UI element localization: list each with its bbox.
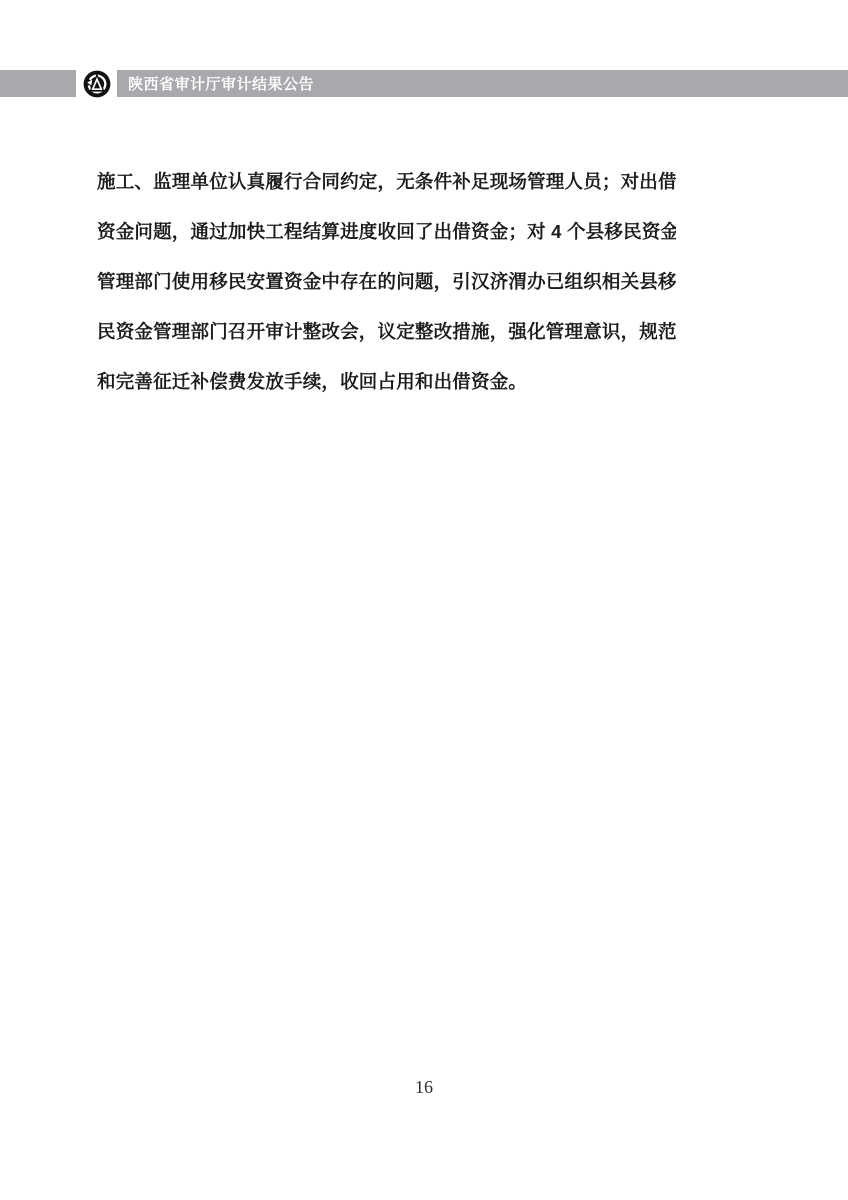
paragraph-line: 民资金管理部门召开审计整改会，议定整改措施，强化管理意识，规范 — [97, 307, 676, 357]
document-page: 陕西省审计厅审计结果公告 施工、监理单位认真履行合同约定，无条件补足现场管理人员… — [0, 0, 848, 1200]
header-title: 陕西省审计厅审计结果公告 — [128, 70, 314, 97]
paragraph-line: 资金问题，通过加快工程结算进度收回了出借资金；对 4 个县移民资金 — [97, 207, 676, 257]
page-number: 16 — [0, 1077, 848, 1098]
paragraph: 施工、监理单位认真履行合同约定，无条件补足现场管理人员；对出借资金问题，通过加快… — [97, 157, 676, 407]
paragraph-line: 和完善征迁补偿费发放手续，收回占用和出借资金。 — [97, 357, 676, 407]
paragraph-line: 施工、监理单位认真履行合同约定，无条件补足现场管理人员；对出借 — [97, 157, 676, 207]
paragraph-line: 管理部门使用移民安置资金中存在的问题，引汉济渭办已组织相关县移 — [97, 257, 676, 307]
audit-emblem-icon — [83, 70, 111, 98]
logo-box — [76, 68, 117, 99]
